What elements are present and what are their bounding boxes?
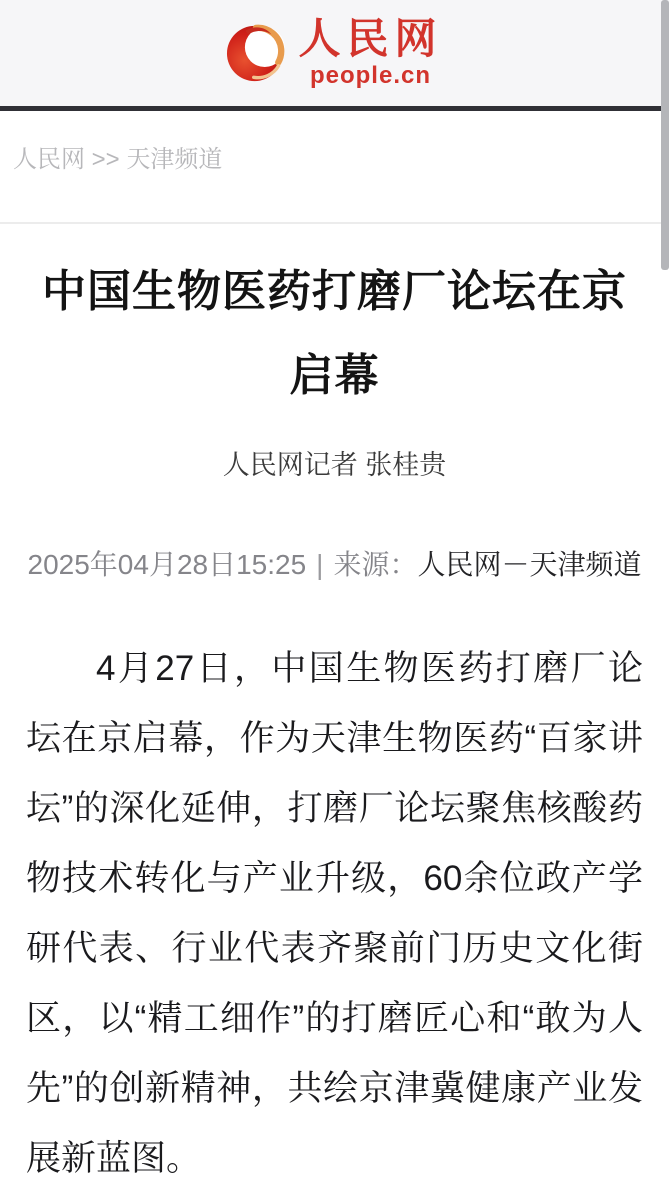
people-logo-swirl-icon [226,22,288,84]
article-title: 中国生物医药打磨厂论坛在京启幕 [36,250,633,418]
article-meta: 2025年04月28日15:25|来源：人民网－天津频道 [0,548,669,582]
breadcrumb-divider [0,222,669,224]
breadcrumb: 人民网 >> 天津频道 [0,111,669,222]
source-label: 来源： [333,549,417,580]
logo-domain: people.cn [310,64,431,88]
meta-separator: | [316,549,323,580]
breadcrumb-channel-link[interactable]: 天津频道 [126,146,222,173]
scrollbar-thumb[interactable] [661,0,669,270]
people-cn-logo[interactable]: 人民网 people.cn [226,19,442,88]
site-header: 人民网 people.cn [0,0,669,106]
logo-text: 人民网 people.cn [298,19,442,88]
article-author: 人民网记者 张桂贵 [0,448,669,482]
logo-cn-name: 人民网 [298,19,442,61]
breadcrumb-site-link[interactable]: 人民网 [13,146,85,173]
page: 人民网 people.cn 人民网 >> 天津频道 中国生物医药打磨厂论坛在京启… [0,0,669,1200]
source-name: 人民网－天津频道 [417,549,641,580]
publish-datetime: 2025年04月28日15:25 [28,549,307,580]
breadcrumb-separator: >> [85,146,126,173]
article-body-paragraph: 4月27日，中国生物医药打磨厂论坛在京启幕，作为天津生物医药“百家讲坛”的深化延… [26,634,643,1194]
article: 中国生物医药打磨厂论坛在京启幕 人民网记者 张桂贵 2025年04月28日15:… [0,250,669,1194]
